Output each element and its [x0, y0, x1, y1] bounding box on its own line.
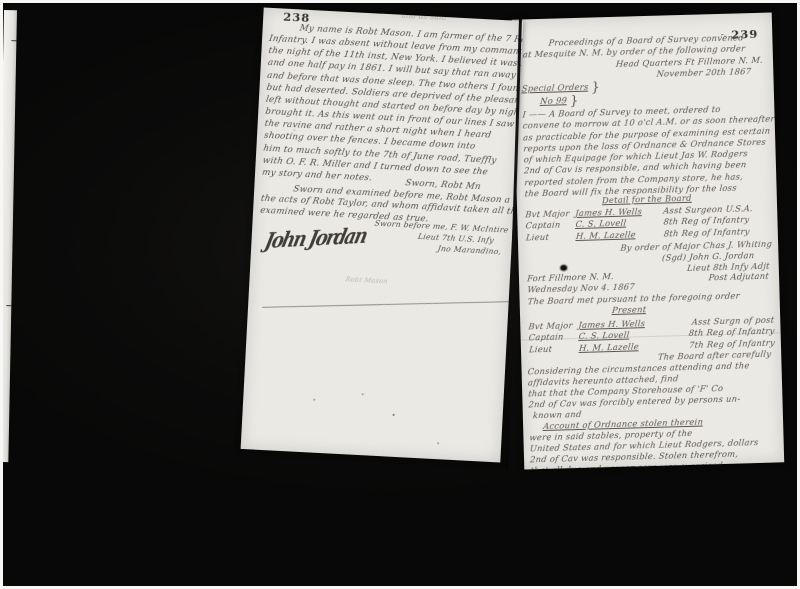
strip-mark — [11, 40, 16, 41]
member-rank: Lieut — [525, 231, 576, 244]
right-page: -. 239 Proceedings of a Board of Survey … — [512, 12, 784, 469]
film-background: -. 239 Proceedings of a Board of Survey … — [2, 2, 798, 587]
dust-speck — [293, 129, 295, 131]
left-page-content: 238 and as said My name is Robt Mason. I… — [241, 7, 524, 462]
dust-speck — [362, 393, 364, 395]
member-role: 8th Reg of Infantry — [663, 225, 776, 240]
strip-mark — [6, 305, 11, 306]
attestation-block: Sworn before me, F. W. McIntireLieut 7th… — [373, 218, 505, 258]
dust-speck — [313, 399, 315, 401]
brace-mark: } — [566, 95, 579, 107]
right-page-content: -. 239 Proceedings of a Board of Survey … — [512, 12, 784, 469]
findings-paragraph: The Board after carefullyConsidering the… — [527, 348, 782, 469]
dust-speck — [547, 439, 549, 441]
top-edge-fragment: and as said — [401, 11, 448, 22]
dust-speck — [393, 414, 395, 416]
handwritten-line: No 99} — [521, 94, 600, 109]
dust-speck — [751, 133, 753, 135]
detail-heading-text: Detail for the Board — [602, 193, 692, 206]
brace-mark: } — [588, 82, 601, 94]
microfilm-scan-viewport: -. 239 Proceedings of a Board of Survey … — [0, 0, 800, 589]
proceedings-header: Proceedings of a Board of Survey convene… — [520, 32, 767, 84]
signature: John Jordan — [263, 222, 369, 253]
ink-blot — [561, 265, 567, 270]
order-label-text: No 99 — [540, 95, 568, 106]
pencil-rule-line — [262, 301, 510, 308]
signature-note: Robt Mason — [345, 275, 388, 285]
left-page: 238 and as said My name is Robt Mason. I… — [241, 7, 524, 462]
board-member-list: Bvt Major James H. Wells Asst Surgeon U.… — [525, 202, 776, 243]
handwritten-line: Present — [611, 304, 646, 316]
adjacent-page-edge-strip — [2, 10, 17, 462]
member-name: H. M. Lazelle — [575, 228, 664, 242]
order-body-paragraph: I —— A Board of Survey to meet, ordered … — [522, 102, 774, 199]
deposition-body: My name is Robt Mason. I am farmer of th… — [262, 21, 517, 192]
session-block: Fort Fillmore N. M.Wednesday Nov 4. 1867… — [527, 267, 770, 319]
dust-speck — [437, 442, 439, 444]
order-label-text: Special Orders — [521, 82, 589, 94]
special-orders-label: Special Orders}No 99} — [522, 81, 601, 108]
